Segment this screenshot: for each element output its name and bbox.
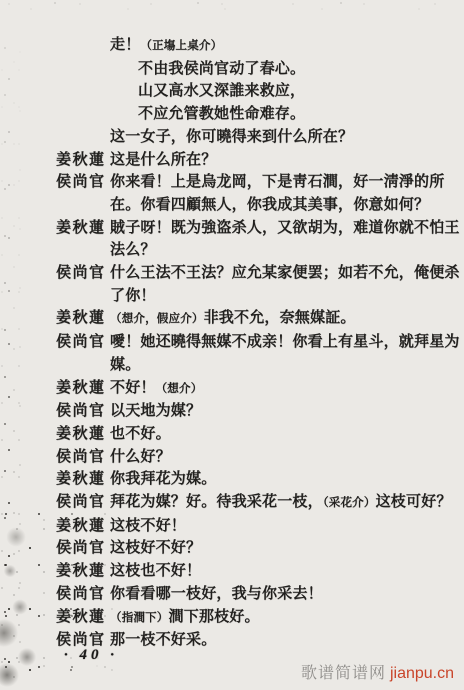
script-row: 姜秋蓮这是什么所在？ <box>56 149 460 172</box>
script-row: 姜秋蓮这枝也不好！ <box>56 560 460 583</box>
line-text: 你来看！上是烏龙岡，下是靑石澗，好一淸淨的所在。你看四顧無人，你我成其美事，你意… <box>110 174 444 213</box>
line-text: 不好！ <box>110 380 156 396</box>
speaker-name: 姜秋蓮 <box>56 560 110 583</box>
dialogue-text: 你来看！上是烏龙岡，下是靑石澗，好一淸淨的所在。你看四顧無人，你我成其美事，你意… <box>110 171 460 216</box>
script-row: 这一女子，你可曉得来到什么所在？ <box>56 126 460 149</box>
line-text: 这枝好不好？ <box>110 540 201 556</box>
script-row: 侯尚官你来看！上是烏龙岡，下是靑石澗，好一淸淨的所在。你看四顧無人，你我成其美事… <box>56 171 460 216</box>
line-text: 这枝不好！ <box>110 518 186 534</box>
script-row: 侯尚官你看看哪一枝好，我与你采去！ <box>56 583 460 606</box>
speaker-name: 姜秋蓮 <box>56 217 110 240</box>
dialogue-text: 这枝好不好？ <box>110 537 460 560</box>
line-text: 以天地为媒？ <box>110 403 201 419</box>
speaker-name: 侯尚官 <box>56 583 110 606</box>
dialogue-text: 拜花为媒？好。待我采花一枝，（采花介）这枝可好？ <box>110 491 460 515</box>
script-row: 山又高水又深誰来救应， <box>56 80 460 103</box>
script-row: 侯尚官这枝好不好？ <box>56 537 460 560</box>
speaker-name: 侯尚官 <box>56 491 110 514</box>
script-row: 姜秋蓮（想介，假应介）非我不允，奈無媒証。 <box>56 307 460 331</box>
speaker-name: 姜秋蓮 <box>56 606 110 629</box>
line-text: 不应允管教她性命难存。 <box>138 106 305 122</box>
line-text: 澗下那枝好。 <box>169 609 260 625</box>
script-row: 侯尚官什么王法不王法？应允某家便罢；如若不允，俺便杀了你！ <box>56 262 460 307</box>
line-text: 这枝可好？ <box>376 494 452 510</box>
script-row: 侯尚官噯！她还曉得無媒不成亲！你看上有星斗，就拜星为媒。 <box>56 331 460 376</box>
dialogue-text: 什么王法不王法？应允某家便罢；如若不允，俺便杀了你！ <box>110 262 460 307</box>
script-row: 姜秋蓮你我拜花为媒。 <box>56 468 460 491</box>
dialogue-text: 山又高水又深誰来救应， <box>110 80 460 103</box>
script-rows: 走！（正塲上桌介）不由我侯尚官动了春心。山又高水又深誰来救应，不应允管教她性命难… <box>56 34 460 652</box>
dialogue-text: 这是什么所在？ <box>110 149 460 172</box>
dialogue-text: 以天地为媒？ <box>110 400 460 423</box>
speaker-name: 侯尚官 <box>56 537 110 560</box>
stage-direction: （指澗下） <box>110 612 169 624</box>
speaker-name: 侯尚官 <box>56 400 110 423</box>
dialogue-text: 不应允管教她性命难存。 <box>110 103 460 126</box>
scanned-script-page: 走！（正塲上桌介）不由我侯尚官动了春心。山又高水又深誰来救应，不应允管教她性命难… <box>0 0 464 690</box>
speaker-name: 姜秋蓮 <box>56 423 110 446</box>
script-row: 侯尚官拜花为媒？好。待我采花一枝，（采花介）这枝可好？ <box>56 491 460 515</box>
script-row: 姜秋蓮不好！（想介） <box>56 377 460 401</box>
line-text: 噯！她还曉得無媒不成亲！你看上有星斗，就拜星为媒。 <box>110 334 460 373</box>
watermark-site-name: 歌谱简谱网 <box>301 665 386 682</box>
line-text: 山又高水又深誰来救应， <box>138 83 305 99</box>
line-text: 走！ <box>110 37 140 53</box>
speaker-name: 姜秋蓮 <box>56 515 110 538</box>
line-text: 这一女子，你可曉得来到什么所在？ <box>110 129 353 145</box>
line-text: 你看看哪一枝好，我与你采去！ <box>110 586 323 602</box>
script-row: 姜秋蓮也不好。 <box>56 423 460 446</box>
dialogue-text: 这枝也不好！ <box>110 560 460 583</box>
script-row: 姜秋蓮賊子呀！既为強盗杀人，又欲胡为，难道你就不怕王法么？ <box>56 217 460 262</box>
line-text: 这枝也不好！ <box>110 563 201 579</box>
page-number: · 40 · <box>64 647 118 664</box>
script-row: 不由我侯尚官动了春心。 <box>56 58 460 81</box>
stage-direction: （采花介） <box>323 497 376 509</box>
speaker-name: 侯尚官 <box>56 171 110 194</box>
line-text: 不由我侯尚官动了春心。 <box>138 61 305 77</box>
dialogue-text: 什么好？ <box>110 446 460 469</box>
dialogue-text: 不好！（想介） <box>110 377 460 401</box>
speaker-name: 姜秋蓮 <box>56 468 110 491</box>
speaker-name: 侯尚官 <box>56 331 110 354</box>
stage-direction: （想介，假应介） <box>110 313 204 325</box>
dialogue-text: 你我拜花为媒。 <box>110 468 460 491</box>
watermark: 歌谱简谱网jianpu.cn <box>301 660 454 683</box>
line-text: 非我不允，奈無媒証。 <box>204 310 356 326</box>
dialogue-text: 这枝不好！ <box>110 515 460 538</box>
line-text: 什么好？ <box>110 449 171 465</box>
line-text: 拜花为媒？好。待我采花一枝， <box>110 494 323 510</box>
watermark-site-domain: jianpu.cn <box>390 665 454 682</box>
script-row: 侯尚官什么好？ <box>56 446 460 469</box>
script-row: 侯尚官以天地为媒？ <box>56 400 460 423</box>
script-row: 姜秋蓮这枝不好！ <box>56 515 460 538</box>
dialogue-text: （指澗下）澗下那枝好。 <box>110 606 460 630</box>
dialogue-text: 噯！她还曉得無媒不成亲！你看上有星斗，就拜星为媒。 <box>110 331 460 376</box>
dialogue-text: 不由我侯尚官动了春心。 <box>110 58 460 81</box>
script-row: 不应允管教她性命难存。 <box>56 103 460 126</box>
speaker-name: 姜秋蓮 <box>56 377 110 400</box>
line-text: 賊子呀！既为強盗杀人，又欲胡为，难道你就不怕王法么？ <box>110 220 460 259</box>
scan-noise-top <box>0 0 464 14</box>
line-text: 你我拜花为媒。 <box>110 471 216 487</box>
script-row: 走！（正塲上桌介） <box>56 34 460 58</box>
dialogue-text: 那一枝不好采。 <box>110 629 460 652</box>
speaker-name: 姜秋蓮 <box>56 307 110 330</box>
line-text: 也不好。 <box>110 426 171 442</box>
dialogue-text: （想介，假应介）非我不允，奈無媒証。 <box>110 307 460 331</box>
dialogue-text: 也不好。 <box>110 423 460 446</box>
line-text: 什么王法不王法？应允某家便罢；如若不允，俺便杀了你！ <box>110 265 460 304</box>
dialogue-text: 这一女子，你可曉得来到什么所在？ <box>110 126 460 149</box>
line-text: 那一枝不好采。 <box>110 632 216 648</box>
dialogue-text: 賊子呀！既为強盗杀人，又欲胡为，难道你就不怕王法么？ <box>110 217 460 262</box>
speaker-name: 侯尚官 <box>56 262 110 285</box>
line-text: 这是什么所在？ <box>110 152 216 168</box>
speaker-name: 姜秋蓮 <box>56 149 110 172</box>
stage-direction: （想介） <box>156 383 203 395</box>
dialogue-text: 你看看哪一枝好，我与你采去！ <box>110 583 460 606</box>
speaker-name: 侯尚官 <box>56 446 110 469</box>
script-row: 姜秋蓮（指澗下）澗下那枝好。 <box>56 606 460 630</box>
dialogue-text: 走！（正塲上桌介） <box>110 34 460 58</box>
stage-direction: （正塲上桌介） <box>140 40 222 52</box>
